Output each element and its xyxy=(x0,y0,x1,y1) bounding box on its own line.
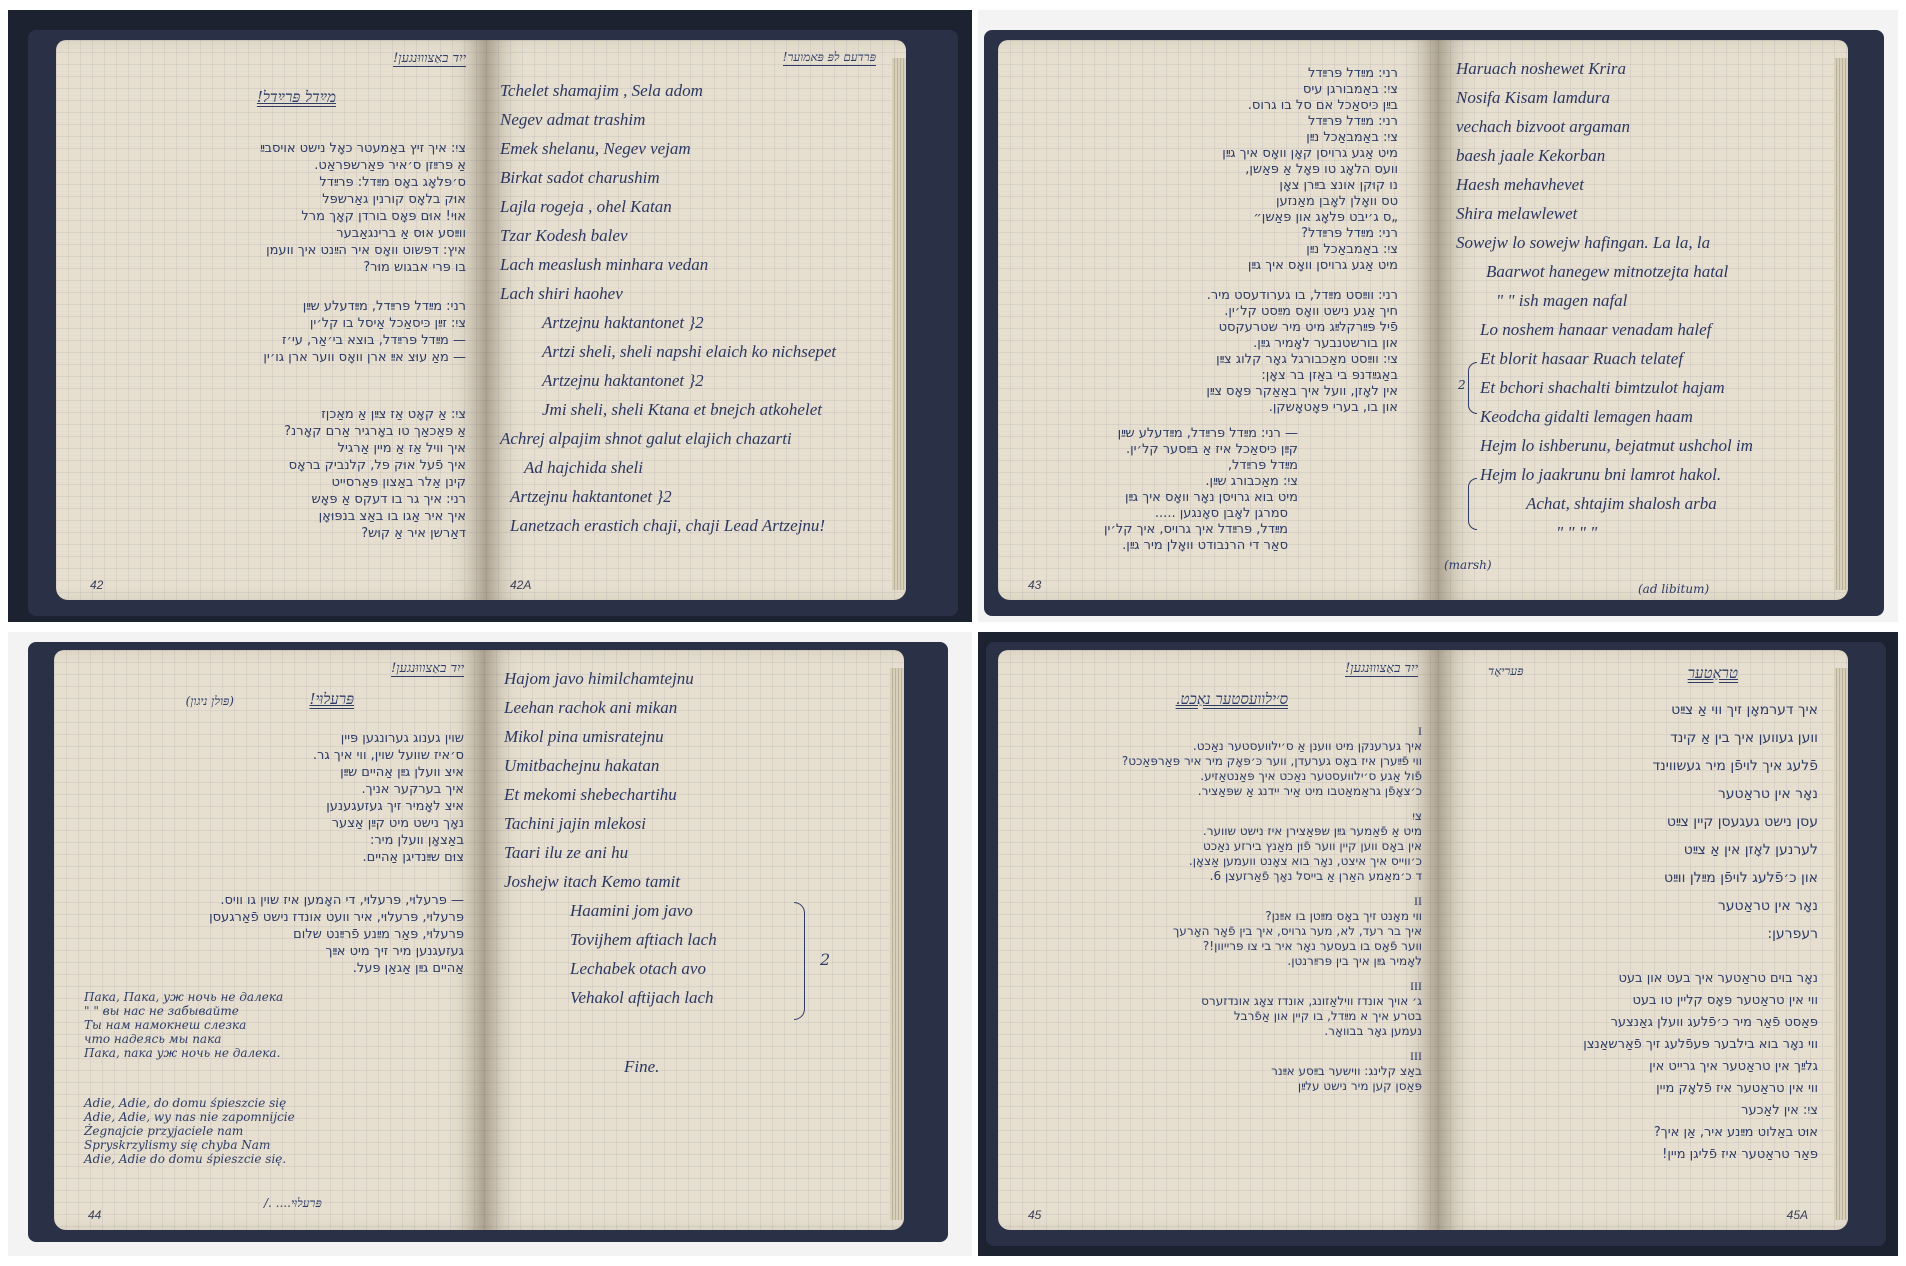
page-number: 42 xyxy=(90,578,103,592)
song-title: פּרעלוּי! xyxy=(309,690,354,709)
refrain-label: רעפרען: xyxy=(1458,920,1818,948)
lyric-line: און בו, בערי פּאָטאָשקן. xyxy=(998,400,1398,416)
lyric-line: Hajom javo himilchamtejnu xyxy=(504,664,717,693)
lyric-line: און בורשטנבער לאָמיר גײַן. xyxy=(998,336,1398,352)
lyric-line: אַ פּרײַזן ס׳איר פּאַרשפּראַט. xyxy=(66,157,466,174)
lyric-line: Taari ilu ze ani hu xyxy=(504,838,717,867)
lyric-line: אַהיים גײַן אַגאַן פּעל. xyxy=(64,960,464,977)
page-45a: פּעריאָד טראַטער איך דערמאָן זיך ווי אַ … xyxy=(1438,650,1848,1230)
lyric-line: Adie, Adie, wy nas nie zapomnijcie xyxy=(84,1110,295,1124)
lyric-line: לאָמיר גײַן איך בין פּרײַרנטן. xyxy=(1002,954,1422,969)
lyric-line: איץ: דפּשוט וואָס איר הײַנט איך וועמן xyxy=(66,242,466,259)
lyric-line: פּאַסט פֿאַר מיר כ׳פֿלעג וועלן גאַנצער xyxy=(1438,1012,1818,1034)
lyric-line: ווי אין טראַטער איז פֿלאָק מיין xyxy=(1438,1078,1818,1100)
fine-marking: Fine. xyxy=(504,1052,717,1081)
lyric-line: — מײַדל פּרײַדל, בוצא בי׳אַר, עי׳ז xyxy=(66,332,466,349)
lyric-line: Et bchori shachalti bimtzulot hajam xyxy=(1456,373,1753,402)
lyric-line: ווי אין טראַטער פּאָס קליין טו בעט xyxy=(1438,990,1818,1012)
song-title: מײַדל פּרײַדל! xyxy=(257,88,336,107)
lyric-line: ווי מאָנט זיך באָס מײַטן בו אײַנן? xyxy=(1002,909,1422,924)
lyric-line: Shira melawlewet xyxy=(1456,199,1753,228)
lyric-line: что надеясь мы пака xyxy=(84,1032,283,1046)
lyric-line: איך דערמאָן זיך ווי אַ צײַט xyxy=(1458,696,1818,724)
lyric-line: נו קוּקן אונצ בײַרן צאָן xyxy=(998,178,1398,194)
lyric-line: ס׳פּלאָג באָס מײַדל: פּרײַדל xyxy=(66,174,466,191)
lyric-line: איצ וועלן גײַן אַהיים שײַן xyxy=(64,764,464,781)
lyric-line: Lajla rogeja , ohel Katan xyxy=(500,192,836,221)
lyric-line: Artzejnu haktantonet }2 xyxy=(500,482,836,511)
lyric-line: בו פּרי אבגוש מוּר? xyxy=(66,259,466,276)
page-edges xyxy=(890,668,904,1220)
lyric-line: ווי נאָר בוא בילבער פּעפֿלעג זיך פֿאַרשא… xyxy=(1438,1034,1818,1056)
lyric-line: סאַר די הרנבודט וואָלן מיר גײַן. xyxy=(998,538,1398,554)
yiddish-lyrics: שוין גענוג גערונגען פּיין ס׳איז שוועל שו… xyxy=(64,730,464,977)
lyric-line: אוּי! אוּם פּאָס בורדן קאָך מרל xyxy=(66,208,466,225)
lyric-line: ציִ: אַ קאָט אַז צײַן אַ מאַכןז xyxy=(66,406,466,423)
lyric-line: לערנען לאָזן אין אַ צײַט xyxy=(1458,836,1818,864)
polish-lyrics: Adie, Adie, do domu śpieszcie się Adie, … xyxy=(84,1096,295,1166)
lyric-line: " " ish magen nafal xyxy=(1456,286,1753,315)
lyric-line: vechach bizvoot argaman xyxy=(1456,112,1753,141)
lyric-line: און כ׳פֿלעג לויפֿן מײַלן ווײַט xyxy=(1458,864,1818,892)
open-notebook: ייִד באַצוווּנגען! ס׳ילוועסטער נאַכט. I … xyxy=(998,650,1848,1230)
repeat-brace xyxy=(1468,478,1477,530)
lyric-line: ווײַסע אוּס אַ ברינגאַבער xyxy=(66,225,466,242)
yiddish-lyrics: איך דערמאָן זיך ווי אַ צײַט ווען געווען … xyxy=(1458,696,1818,948)
lyric-line: Пака, пака уж ночь не далека. xyxy=(84,1046,283,1060)
page-header: פּעריאָד xyxy=(1488,664,1524,679)
section-marker: III xyxy=(1002,1049,1422,1064)
lyric-line: ווי פֿײַערן איז באָס גערעדן, ווער כּ׳פּא… xyxy=(1002,754,1422,769)
lyric-line: רני: ווײַסט מײַדל, בו גערודעסט מיר. xyxy=(998,288,1398,304)
transliterated-hebrew-lyrics: Hajom javo himilchamtejnu Leehan rachok … xyxy=(504,664,717,1081)
lyric-line: גלײַך אין טראַטער איך גרייט אין xyxy=(1438,1056,1818,1078)
lyric-line: אין באָס ווען קיין ווער פֿוּן מאַנץ בירז… xyxy=(1002,839,1422,854)
lyric-line: קײַן כּיסאַכל איז אַ בײַסער קל׳ין. xyxy=(998,442,1398,458)
lyric-line: ציִ: איך זיץ באַמעטר כאָל נישט אויסבײַ xyxy=(66,140,466,157)
lyric-line: מײַדל, פּרײַדל איך גרויס, איך קל׳ין xyxy=(998,522,1398,538)
section-marker: ציִ xyxy=(1002,809,1422,824)
lyric-line: Hejm lo jaakrunu bni lamrot hakol. xyxy=(1456,460,1753,489)
open-notebook: ייִד באַצוווּנגען! פּרעלוּי! (פּולן ניגו… xyxy=(54,650,904,1230)
song-subtitle: (פּולן ניגון) xyxy=(186,694,234,709)
lyric-line: מײַדל פּרײַדל, xyxy=(998,458,1398,474)
lyric-line: חיך אַגע נישט וואָס מײַסט קל׳ין. xyxy=(998,304,1398,320)
lyric-line: Lach shiri haohev xyxy=(500,279,836,308)
lyric-line: Tovijhem aftiach lach xyxy=(504,925,717,954)
lyric-line: אוּט באַלוט מײַנע איר, אַן איך? xyxy=(1438,1122,1818,1144)
page-42a: פּרדעם לפּ פּאמוער! Tchelet shamajim , S… xyxy=(486,40,906,600)
lyric-line: וועס הלאָג טו פּאָל אַ פּאַשן, xyxy=(998,162,1398,178)
lyric-line: baesh jaale Kekorban xyxy=(1456,141,1753,170)
lyric-line: — פּרעלוּי, פּרעלוּי, די האָמען איז שוין… xyxy=(64,892,464,909)
lyric-line: ס׳איז שוועל שוין, ווי איך גר. xyxy=(64,747,464,764)
page-edges xyxy=(1834,58,1848,590)
lyric-line: Artzejnu haktantonet }2 xyxy=(500,366,836,395)
lyric-line: Artzi sheli, sheli napshi elaich ko nich… xyxy=(500,337,836,366)
page-42: ייִד באַצוווּנגען! מײַדל פּרײַדל! ציִ: א… xyxy=(56,40,486,600)
lyric-line: אין לאָזן, וועל איך באַאַקר פּאָס צײַן xyxy=(998,384,1398,400)
lyric-line: Lo noshem hanaar venadam halef xyxy=(1456,315,1753,344)
photo-top-right: רני: מײַדל פּרײַדל ציִ: באַמבורגן עיס בײ… xyxy=(978,10,1898,622)
lyric-line: Joshejw itach Kemo tamit xyxy=(504,867,717,896)
lyric-line: בטרע איך א מײַדל, בו קיין און אַפֿרבל xyxy=(1002,1009,1422,1024)
lyric-line: איך וויל אַז אַ מיין אַרגיל xyxy=(66,440,466,457)
open-notebook: ייִד באַצוווּנגען! מײַדל פּרײַדל! ציִ: א… xyxy=(56,40,906,600)
lyric-line: טס וואָלן לאָבן מאַנזען xyxy=(998,194,1398,210)
lyric-line: Tachini jajin mlekosi xyxy=(504,809,717,838)
photo-top-left: ייִד באַצוווּנגען! מײַדל פּרײַדל! ציִ: א… xyxy=(8,10,972,622)
lyric-line: נאָך נישט מיט קײַן אַצער xyxy=(64,815,464,832)
page-44: ייִד באַצוווּנגען! פּרעלוּי! (פּולן ניגו… xyxy=(54,650,484,1230)
page-edges xyxy=(1834,668,1848,1220)
section-marker: II xyxy=(1002,894,1422,909)
lyric-line: באַצ קלינג: ווישער בײַסע אײַנר xyxy=(1002,1064,1422,1079)
lyric-line: Adie, Adie, do domu śpieszcie się xyxy=(84,1096,295,1110)
lyric-line: ציִ: באַמבאַכל נײַן xyxy=(998,130,1398,146)
lyric-line: רני: איך גר בו דעקס אַ פּאָש xyxy=(66,491,466,508)
yiddish-lyrics: רני: מײַדל פּרײַדל ציִ: באַמבורגן עיס בײ… xyxy=(998,66,1398,554)
lyric-line: Achat, shtajim shalosh arba xyxy=(1456,489,1753,518)
lyric-line: פֿיל פּײַרקלײַג מיט מיר שטרעקסט xyxy=(998,320,1398,336)
lyric-line: ווען געווען איך בין אַ קינד xyxy=(1458,724,1818,752)
lyric-line: Lach measlush minhara vedan xyxy=(500,250,836,279)
page-header: ייִד באַצוווּנגען! xyxy=(393,50,466,67)
section-marker: III xyxy=(1002,979,1422,994)
ending-marking: (ad libitum) xyxy=(1638,582,1709,596)
lyric-line: רני: מײַדל פּרײַדל? xyxy=(998,226,1398,242)
page-number: 45 xyxy=(1028,1208,1041,1222)
lyric-line: Haamini jom javo xyxy=(504,896,717,925)
lyric-line: פּאַר טראַטער איז פֿליגן מיין! xyxy=(1438,1144,1818,1166)
lyric-line: " " " " xyxy=(1456,518,1753,547)
lyric-line: Tzar Kodesh balev xyxy=(500,221,836,250)
page-footer: /. ....פּרעלוּי xyxy=(264,1196,322,1211)
section-marker: I xyxy=(1002,724,1422,739)
lyric-line: Tchelet shamajim , Sela adom xyxy=(500,76,836,105)
yiddish-lyrics: ציִ: איך זיץ באַמעטר כאָל נישט אויסבײַ א… xyxy=(66,140,466,542)
lyric-line: דאַרשן איר אַ קוּש? xyxy=(66,525,466,542)
lyric-line: ציִ: ווײַסט מאַכבורגל גאָר קלוג צײַן xyxy=(998,352,1398,368)
lyric-line: Negev admat trashim xyxy=(500,105,836,134)
lyric-line: מיט בוא גרויסן נאָר וואָס איך גײַן xyxy=(998,490,1398,506)
page-43: רני: מײַדל פּרײַדל ציִ: באַמבורגן עיס בײ… xyxy=(998,40,1438,600)
lyric-line: Haruach noshewet Krira xyxy=(1456,54,1753,83)
lyric-line: קינן אַלר באַצון פּאַרסייט xyxy=(66,474,466,491)
lyric-line: פֿול אַגע ס׳ילוועסטער נאַכט איך פּאַנטאַ… xyxy=(1002,769,1422,784)
lyric-line: ציִ: זײַן כּיסאַכל אַיסל בו קל׳ין xyxy=(66,315,466,332)
lyric-line: ג׳ אויך אונדז ווילאַזונג, אונדז צאָג אונ… xyxy=(1002,994,1422,1009)
lyric-line: רני: מײַדל פּרײַדל, מײַדעלע שײַן xyxy=(66,298,466,315)
lyric-line: פּרעלוּי, פּאַר מײַנע פֿרײַנט שלום xyxy=(64,926,464,943)
lyric-line: Et blorit hasaar Ruach telatef xyxy=(1456,344,1753,373)
lyric-line: Baarwot hanegew mitnotzejta hatal xyxy=(1456,257,1753,286)
lyric-line: ציִ: באַמבאַכל נײַן xyxy=(998,242,1398,258)
lyric-line: פּרעלוּי, פּרעלוּי, איר וועט אונדז נישט … xyxy=(64,909,464,926)
page-number: 45A xyxy=(1787,1208,1808,1222)
lyric-line: איצ לאָמיר זיך געזעגענען xyxy=(64,798,464,815)
page-number: 43 xyxy=(1028,578,1041,592)
transliterated-hebrew-lyrics: Tchelet shamajim , Sela adom Negev admat… xyxy=(500,76,836,540)
repeat-mark: 2 xyxy=(820,950,830,969)
lyric-line: ציִ: מאַכבורג שײַן. xyxy=(998,474,1398,490)
lyric-line: Vehakol aftijach lach xyxy=(504,983,717,1012)
photo-bottom-right: ייִד באַצוווּנגען! ס׳ילוועסטער נאַכט. I … xyxy=(978,632,1898,1256)
open-notebook: רני: מײַדל פּרײַדל ציִ: באַמבורגן עיס בײ… xyxy=(998,40,1848,600)
lyric-line: Adie, Adie do domu śpieszcie się. xyxy=(84,1152,295,1166)
lyric-line: מיט אַגע גרויסן קאָן וואָס איך גײַן xyxy=(998,146,1398,162)
lyric-line: מיט אַ פֿאַמער גײַן שפּאַצירן איז נישט ש… xyxy=(1002,824,1422,839)
lyric-line: Et mekomi shebechartihu xyxy=(504,780,717,809)
lyric-line: Leehan rachok ani mikan xyxy=(504,693,717,722)
refrain-lyrics: נאָר בוים טראַטער איך בעט און בעט ווי אי… xyxy=(1438,968,1818,1166)
song-title: ס׳ילוועסטער נאַכט. xyxy=(1176,690,1288,709)
lyric-line: Ты нам намокнеш слезка xyxy=(84,1018,283,1032)
lyric-line: כ׳ווייס איך איצט, נאָר בוא צאָנט וועמען … xyxy=(1002,854,1422,869)
lyric-line: ווער פֿאָס בו בעסער נאָר איר בי צו פּריי… xyxy=(1002,939,1422,954)
lyric-line: — מאַ עוּצ אײַ ארן וואָס ווער ארן גו׳ין xyxy=(66,349,466,366)
lyric-line: Umitbachejnu hakatan xyxy=(504,751,717,780)
lyric-line: ד כ׳מאַמע האַרן אַ בייסל נאָך פֿאַרזעצן … xyxy=(1002,869,1422,884)
lyric-line: Emek shelanu, Negev vejam xyxy=(500,134,836,163)
lyric-line: Nosifa Kisam lamdura xyxy=(1456,83,1753,112)
page-number: 42A xyxy=(510,578,531,592)
lyric-line: Mikol pina umisratejnu xyxy=(504,722,717,751)
repeat-brace xyxy=(794,902,805,1020)
transliterated-hebrew-lyrics: Haruach noshewet Krira Nosifa Kisam lamd… xyxy=(1456,54,1753,547)
repeat-brace xyxy=(1468,362,1477,414)
lyric-line: Spryskrzylismy się chyba Nam xyxy=(84,1138,295,1152)
lyric-line: רני: מײַדל פּרײַדל xyxy=(998,114,1398,130)
lyric-line: איך גערענקן מיט ווענן אַ ס׳ילוועסטער נאַ… xyxy=(1002,739,1422,754)
lyric-line: מיט אַגע גרויסן וואָס איך גײַן xyxy=(998,258,1398,274)
page-43a: Haruach noshewet Krira Nosifa Kisam lamd… xyxy=(1438,40,1848,600)
page-number: 44 xyxy=(88,1208,101,1222)
lyric-line: אוּק בלאָס קורנין גאַרשפּל xyxy=(66,191,466,208)
repeat-mark: 2 xyxy=(1458,378,1466,392)
lyric-line: סמרגן לאָבן סאָנגען ..... xyxy=(998,506,1398,522)
lyric-line: " " вы нас не забывайте xyxy=(84,1004,283,1018)
yiddish-lyrics: I איך גערענקן מיט ווענן אַ ס׳ילוועסטער נ… xyxy=(1002,724,1422,1094)
lyric-line: נאָר אין טראַטער xyxy=(1458,780,1818,808)
page-44a: Hajom javo himilchamtejnu Leehan rachok … xyxy=(484,650,904,1230)
lyric-line: — רני: מײַדל פּרײַדל, מײַדעלע שײַן xyxy=(998,426,1398,442)
lyric-line: נאָר אין טראַטער xyxy=(1458,892,1818,920)
lyric-line: רני: מײַדל פּרײַדל xyxy=(998,66,1398,82)
lyric-line: Keodcha gidalti lemagen haam xyxy=(1456,402,1753,431)
lyric-line: צוּם שײַנדיגן אַהיים. xyxy=(64,849,464,866)
lyric-line: Artzejnu haktantonet }2 xyxy=(500,308,836,337)
lyric-line: פֿלעג איך לויפֿן מיר געשווינד xyxy=(1458,752,1818,780)
photo-bottom-left: ייִד באַצוווּנגען! פּרעלוּי! (פּולן ניגו… xyxy=(8,632,972,1256)
lyric-line: נאָר בוים טראַטער איך בעט און בעט xyxy=(1438,968,1818,990)
lyric-line: ציִ: אין לאַכער xyxy=(1438,1100,1818,1122)
lyric-line: Sowejw lo sowejw hafingan. La la, la xyxy=(1456,228,1753,257)
lyric-line: Jmi sheli, sheli Ktana et bnejch atkohel… xyxy=(500,395,836,424)
lyric-line: פּאַסן קען מיר נישט עלײַן xyxy=(1002,1079,1422,1094)
lyric-line: Hejm lo ishberunu, bejatmut ushchol im xyxy=(1456,431,1753,460)
page-45: ייִד באַצוווּנגען! ס׳ילוועסטער נאַכט. I … xyxy=(998,650,1438,1230)
page-edges xyxy=(892,58,906,590)
lyric-line: איך איר אַגו בו באַצ בנפּוּאָן xyxy=(66,508,466,525)
lyric-line: איך בערקער אניך. xyxy=(64,781,464,798)
lyric-line: Achrej alpajim shnot galut elajich chaza… xyxy=(500,424,836,453)
lyric-line: עסן נישט געגעסן קיין צײַט xyxy=(1458,808,1818,836)
tempo-marking: (marsh) xyxy=(1444,558,1492,572)
lyric-line: באַצאָן וועלן מיר: xyxy=(64,832,464,849)
lyric-line: איך פֿעל אוּק פּל, קלנביק בראָס xyxy=(66,457,466,474)
lyric-line: כ׳צאָפֿן גראַמאַטבו מיט אַיר יידנג אַ שפ… xyxy=(1002,784,1422,799)
lyric-line: אַ פּאַכאַך טו באָרגיר אַרם קאָרנ? xyxy=(66,423,466,440)
lyric-line: שוין גענוג גערונגען פּיין xyxy=(64,730,464,747)
lyric-line: בײַן כּיסאַכל אם סל בו גרוס. xyxy=(998,98,1398,114)
russian-lyrics: Пака, Пака, уж ночь не далека " " вы нас… xyxy=(84,990,283,1060)
page-header: ייִד באַצוווּנגען! xyxy=(1345,660,1418,677)
lyric-line: באַגײַדנפּ בי באַזן בר צאָן: xyxy=(998,368,1398,384)
lyric-line: Ad hajchida sheli xyxy=(500,453,836,482)
lyric-line: Żegnajcie przyjaciele nam xyxy=(84,1124,295,1138)
lyric-line: ציִ: באַמבורגן עיס xyxy=(998,82,1398,98)
lyric-line: Lechabek otach avo xyxy=(504,954,717,983)
page-header: ייִד באַצוווּנגען! xyxy=(391,660,464,677)
lyric-line: Birkat sadot charushim xyxy=(500,163,836,192)
page-header: פּרדעם לפּ פּאמוער! xyxy=(783,50,876,66)
lyric-line: נעמען גאָר בבוואָר. xyxy=(1002,1024,1422,1039)
lyric-line: איך בר רעד, לא, מער גרויס, איך בין פֿאָר… xyxy=(1002,924,1422,939)
lyric-line: Lanetzach erastich chaji, chaji Lead Art… xyxy=(500,511,836,540)
song-title: טראַטער xyxy=(1688,664,1738,683)
lyric-line: „ס ג׳יבט פּלאָג און פּאַשן״ xyxy=(998,210,1398,226)
lyric-line: Haesh mehavhevet xyxy=(1456,170,1753,199)
lyric-line: Пака, Пака, уж ночь не далека xyxy=(84,990,283,1004)
lyric-line: געזעגנען מיר זיך מיט אײַך xyxy=(64,943,464,960)
